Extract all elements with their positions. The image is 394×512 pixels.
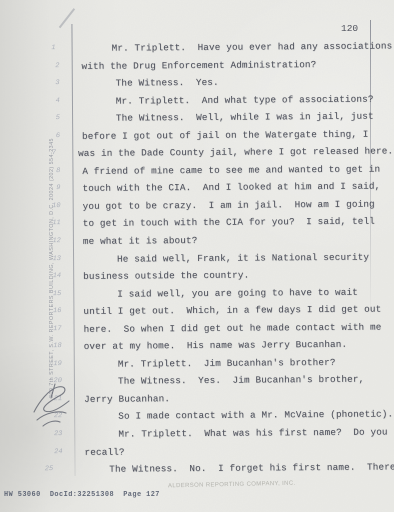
line-number: 17 <box>0 321 68 339</box>
line-text: The Witness. Yes. Jim Bucanhan's brother… <box>84 371 364 391</box>
line-number: 12 <box>0 233 68 251</box>
line-number: 16 <box>0 303 68 321</box>
transcript-line: 25The Witness. No. I forget his first na… <box>2 459 394 480</box>
line-number: 1 <box>0 40 63 58</box>
line-number: 11 <box>0 215 68 233</box>
line-text: Mr. Triplett. What was his first name? D… <box>84 424 387 444</box>
handwritten-mark <box>27 376 79 432</box>
line-number: 18 <box>1 338 69 356</box>
transcript-line: 1Mr. Triplett. Have you ever had any ass… <box>0 37 392 58</box>
line-number: 8 <box>0 163 67 181</box>
line-number: 6 <box>0 128 67 146</box>
line-number: 5 <box>0 110 67 128</box>
line-number: 19 <box>1 356 69 374</box>
line-text: Jerry Bucanhan. <box>84 390 170 408</box>
line-text: He said well, Frank, it is National secu… <box>83 248 369 268</box>
transcript-line: 13He said well, Frank, it is National se… <box>0 248 394 269</box>
line-text: Mr. Triplett. Jim Bucanhan's brother? <box>84 354 336 374</box>
line-number: 7 <box>0 145 63 163</box>
line-text: to get in touch with the CIA for you? I … <box>83 213 375 233</box>
line-number: 9 <box>0 180 68 198</box>
line-text: you got to be crazy. I am in jail. How a… <box>83 196 375 216</box>
line-text: over at my home. His name was Jerry Buca… <box>84 336 348 356</box>
line-number: 24 <box>1 444 69 462</box>
line-text: The Witness. Well, while I was in jail, … <box>82 108 374 128</box>
line-number: 4 <box>0 93 67 111</box>
line-number: 2 <box>0 58 67 76</box>
line-text: business outside the country. <box>83 267 249 286</box>
line-text: recall? <box>84 443 124 461</box>
scanned-transcript-page: 120 300 7th STREET, S.W. REPORTERS BUILD… <box>0 0 394 512</box>
line-text: before I got out of jail on the Watergat… <box>82 125 369 145</box>
line-number: 10 <box>0 198 68 216</box>
page-number: 120 <box>341 23 358 34</box>
line-text: me what it is about? <box>83 232 198 250</box>
line-number: 14 <box>0 268 68 286</box>
line-text: Mr. Triplett. And what type of associati… <box>82 90 374 110</box>
line-number: 15 <box>0 286 68 304</box>
line-text: The Witness. Yes. <box>82 74 219 93</box>
archive-stamp: HW 53060 DocId:32251308 Page 127 <box>4 491 160 499</box>
transcript-line: 11to get in touch with the CIA for you? … <box>0 213 394 234</box>
line-number: 3 <box>0 75 67 93</box>
line-text: The Witness. No. I forget his first name… <box>75 459 394 479</box>
line-number: 25 <box>2 461 61 479</box>
line-text: Mr. Triplett. Have you ever had any asso… <box>78 37 393 57</box>
line-text: with the Drug Enforcement Administration… <box>81 56 316 75</box>
line-text: I said well, you are going to have to wa… <box>83 283 358 303</box>
line-number: 13 <box>0 251 68 269</box>
reporting-company-footer: ALDERSON REPORTING COMPANY, INC. <box>168 481 296 490</box>
